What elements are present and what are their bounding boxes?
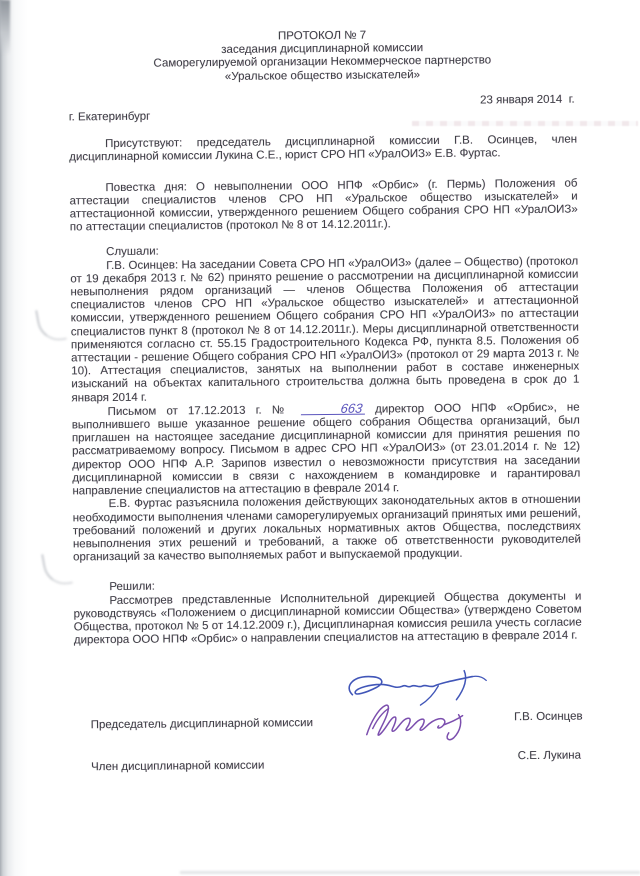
- letter-paragraph: Письмом от 17.12.2013 г. № 663 директор …: [72, 400, 581, 498]
- member-signature-scribble: [358, 698, 483, 747]
- signature-role-chairman: Председатель дисциплинарной комиссии: [91, 717, 313, 732]
- handwritten-outgoing-number: 663: [300, 402, 365, 415]
- letter-text-prefix: Письмом от 17.12.2013 г. №: [108, 404, 302, 418]
- signature-name-osintsev: Г.В. Осинцев: [514, 711, 583, 725]
- resolved-paragraph: Рассмотрев представленные Исполнительной…: [73, 590, 581, 648]
- scan-bottom-edge-artifact: [180, 871, 640, 874]
- attendees-paragraph: Присутствуют: председатель дисциплинарно…: [69, 134, 577, 165]
- scan-curl-artifact-lower: [41, 550, 73, 588]
- document-title-block: ПРОТОКОЛ № 7 заседания дисциплинарной ко…: [68, 28, 576, 86]
- scan-corner-shadow-artifact: [0, 0, 10, 55]
- osintsev-statement-paragraph: Г.В. Осинцев: На заседании Совета СРО НП…: [70, 255, 579, 405]
- signature-role-member: Член дисциплинарной комиссии: [91, 760, 264, 775]
- signature-name-lukina: С.Е. Лукина: [518, 750, 581, 764]
- signature-block: Председатель дисциплинарной комиссии Г.В…: [74, 673, 583, 828]
- scan-curl-artifact-upper: [35, 306, 67, 344]
- furtas-statement-paragraph: Е.В. Фуртас разъяснила положения действу…: [72, 494, 581, 565]
- scan-edge-left-artifact: [0, 0, 28, 876]
- document-content: ПРОТОКОЛ № 7 заседания дисциплинарной ко…: [68, 28, 584, 828]
- protocol-document-page: ПРОТОКОЛ № 7 заседания дисциплинарной ко…: [0, 0, 640, 876]
- agenda-paragraph: Повестка дня: О невыполнении ООО НПФ «Ор…: [69, 177, 577, 235]
